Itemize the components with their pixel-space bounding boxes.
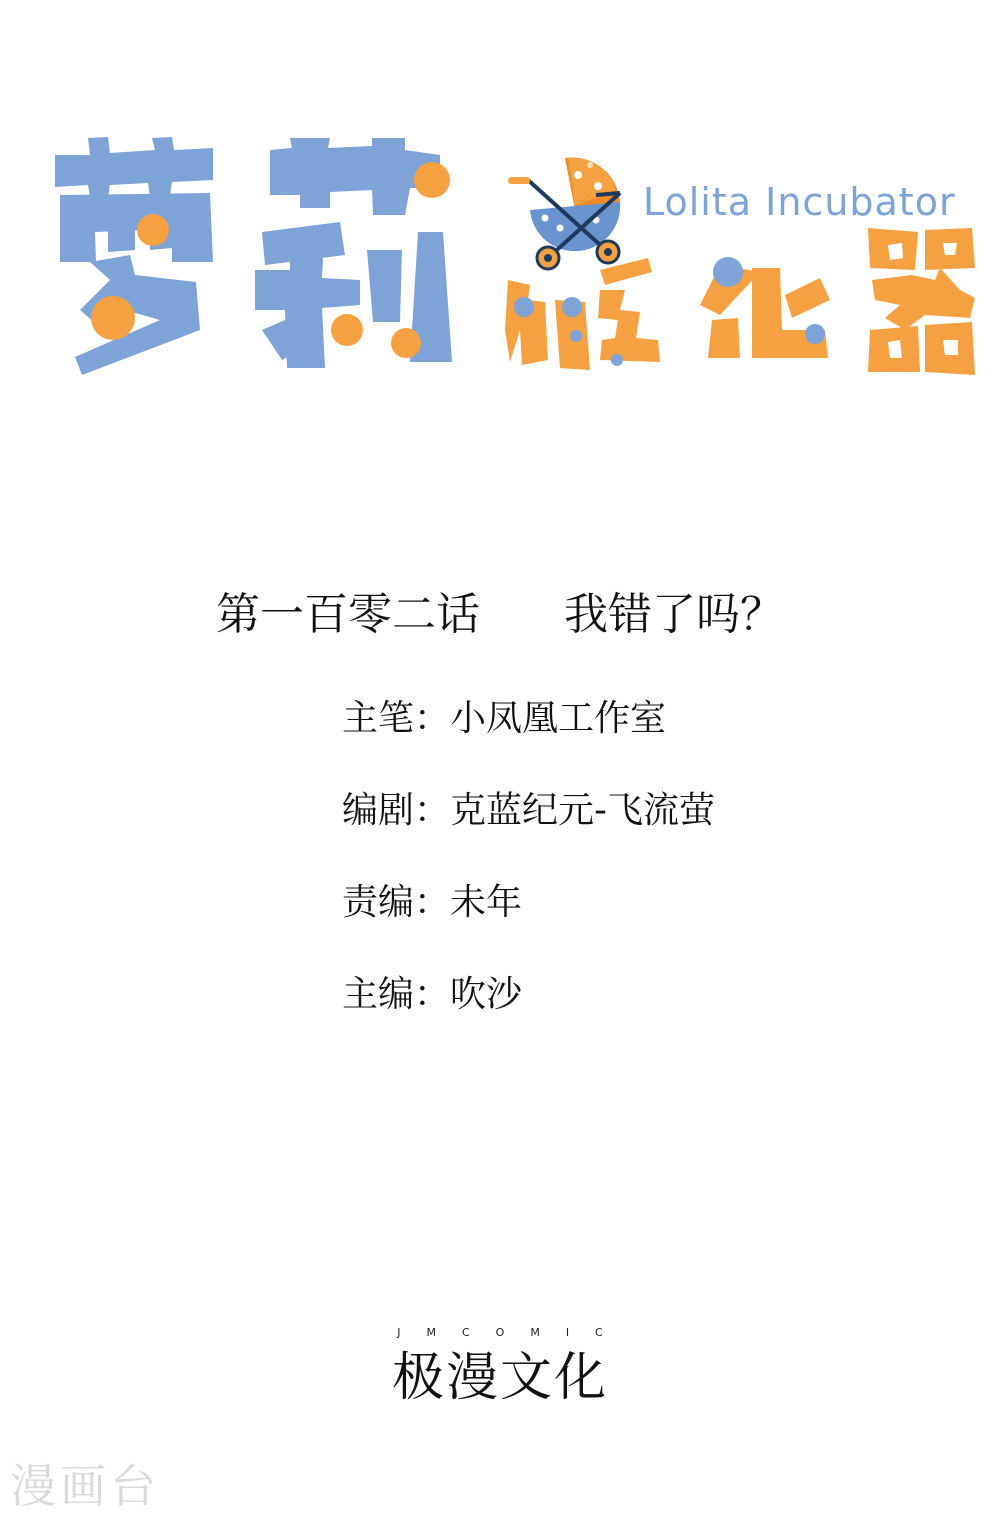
watermark: 漫画台 — [10, 1450, 160, 1515]
credit-separator: ： — [414, 882, 450, 923]
credit-name: 吹沙 — [450, 974, 522, 1015]
comic-logo: Lolita Incubator — [0, 0, 1000, 420]
credit-row-editor: 责编：未年 — [342, 874, 715, 966]
chapter-heading: 第一百零二话 我错了吗？ — [0, 578, 1000, 642]
credit-name: 克蓝纪元-飞流萤 — [450, 790, 715, 831]
credit-row-chief-editor: 主编：吹沙 — [342, 966, 715, 1058]
credit-separator: ： — [414, 790, 450, 831]
chapter-title: 我错了吗？ — [564, 589, 784, 640]
credit-role: 编剧 — [342, 782, 414, 833]
publisher-name-cn: 极漫文化 — [360, 1335, 640, 1410]
credit-separator: ： — [414, 974, 450, 1015]
publisher-logo: JMCOMIC 极漫文化 — [360, 1326, 640, 1410]
credit-row-writer: 编剧：克蓝纪元-飞流萤 — [342, 782, 715, 874]
logo-subtitle-en: Lolita Incubator — [643, 180, 956, 224]
credit-name: 未年 — [450, 882, 522, 923]
credit-role: 主编 — [342, 966, 414, 1017]
chapter-number: 第一百零二话 — [216, 589, 480, 640]
credit-separator: ： — [414, 698, 450, 739]
credit-row-lead-artist: 主笔：小凤凰工作室 — [342, 690, 715, 782]
credits-list: 主笔：小凤凰工作室 编剧：克蓝纪元-飞流萤 责编：未年 主编：吹沙 — [342, 690, 715, 1058]
credit-role: 主笔 — [342, 690, 414, 741]
credit-name: 小凤凰工作室 — [450, 698, 666, 739]
credit-role: 责编 — [342, 874, 414, 925]
